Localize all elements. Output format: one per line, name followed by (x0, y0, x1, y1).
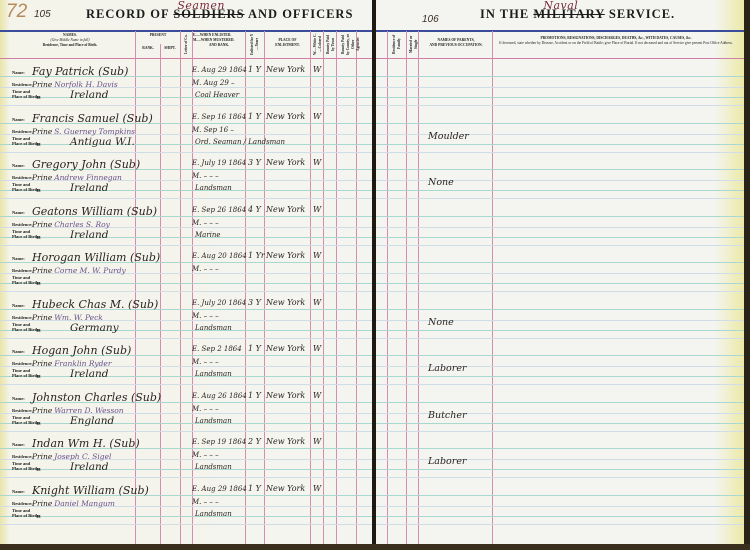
year-prefix: 18 (36, 95, 41, 100)
enlisted-date: E. Aug 20 1864 (192, 252, 247, 260)
place-of-birth: Ireland (70, 461, 108, 473)
bounty-town-column-header: Bounty Paid by Town (326, 33, 336, 55)
shipt-column-header: SHIPT. (160, 46, 180, 51)
enlisted-date: E. Sep 2 1864 (192, 345, 242, 353)
ruled-line (376, 524, 744, 525)
ruled-line (376, 506, 744, 507)
ruled-line (376, 431, 744, 432)
place-of-birth: Ireland (70, 368, 108, 380)
ruled-line (376, 384, 744, 385)
header-bottom-rule (0, 58, 373, 59)
enlisted-rank: Landsman (195, 417, 232, 425)
enlisted-rank: Landsman (195, 324, 232, 332)
ruled-line (376, 376, 744, 377)
ruled-line (376, 87, 744, 88)
enlisted-date: E. Aug 26 1864 (192, 392, 247, 400)
record-entry: Name:Gregory John (Sub)Residence:Prine A… (0, 155, 372, 201)
page-number: 72 (6, 1, 27, 23)
mustered-date: M. – – – (192, 405, 219, 413)
header-rule (0, 30, 373, 32)
mustered-date: M. – – – (192, 219, 219, 227)
name-label: Name: (12, 350, 25, 355)
mustered-date: M. – – – (192, 265, 219, 273)
residence-label: Residence: (12, 316, 33, 321)
ruled-line (376, 216, 744, 217)
parent-occupation: None (428, 177, 454, 188)
enlistment-term: 1 Y (248, 484, 261, 493)
enlisted-rank: Ord. Seaman / Landsman (195, 138, 285, 146)
enlisted-rank: Landsman (195, 463, 232, 471)
color-mark: W (313, 205, 321, 214)
mustered-date: M. – – – (192, 451, 219, 459)
place-of-enlistment: New York (266, 344, 305, 353)
place-of-enlistment: New York (266, 391, 305, 400)
parent-occupation: Moulder (428, 131, 469, 142)
enlistment-term: 4 Y (248, 205, 261, 214)
ruled-line (376, 477, 744, 478)
record-entry: Name:Geatons William (Sub)Residence:Prin… (0, 202, 372, 248)
recruit-name: Hogan John (Sub) (32, 344, 131, 357)
names-column-header: NAMES. (Give Middle Name in full) Reside… (10, 33, 130, 48)
enlistment-term: 1 Y (248, 391, 261, 400)
family-column-header: Residence of Family (392, 33, 402, 55)
ruled-line (376, 355, 744, 356)
ruled-line (376, 330, 744, 331)
color-mark: W (313, 437, 321, 446)
mustered-date: M. Sep 16 – (192, 126, 234, 134)
recruit-name: Fay Patrick (Sub) (32, 65, 128, 78)
ruled-line (376, 516, 744, 517)
record-entry: Name:Johnston Charles (Sub)Residence:Pri… (0, 388, 372, 434)
place-of-enlistment: New York (266, 158, 305, 167)
name-label: Name: (12, 397, 25, 402)
ruled-line (376, 309, 744, 310)
place-of-birth: Antigua W.I. (70, 136, 135, 148)
mustered-date: M. – – – (192, 312, 219, 320)
ruled-line (376, 448, 744, 449)
color-column-header: W.—White C.—Colored (313, 33, 323, 55)
enlistment-term: 1 Y (248, 65, 261, 74)
folio-number-right: 106 (422, 14, 439, 25)
ruled-line (376, 144, 744, 145)
enlisted-rank: Landsman (195, 510, 232, 518)
ruled-line (376, 152, 744, 153)
ruled-line (376, 262, 744, 263)
color-mark: W (313, 112, 321, 121)
ruled-line (376, 338, 744, 339)
record-entry: Name:Hubeck Chas M. (Sub)Residence:Prine… (0, 295, 372, 341)
record-entry: Name:Hogan John (Sub)Residence:Prine Fra… (0, 341, 372, 387)
residence: Prine Wm. W. Peck (32, 313, 103, 322)
enlisted-date: E. Aug 29 1864 (192, 66, 247, 74)
place-of-birth: Ireland (70, 89, 108, 101)
mustered-date: M. Aug 29 – (192, 79, 235, 87)
place-of-enlistment: New York (266, 65, 305, 74)
color-mark: W (313, 298, 321, 307)
parent-occupation: Laborer (428, 456, 466, 467)
color-mark: W (313, 391, 321, 400)
enlistment-term: 1 Y (248, 112, 261, 121)
residence-label: Residence: (12, 409, 33, 414)
residence: Prine Corne M. W. Purdy (32, 266, 126, 275)
color-mark: W (313, 158, 321, 167)
enlisted-date: E. Sep 26 1864 (192, 206, 246, 214)
color-mark: W (313, 65, 321, 74)
place-of-enlistment: New York (266, 205, 305, 214)
letter-column-header: Letter of Co. (184, 33, 189, 55)
ruled-line (376, 198, 744, 199)
parents-column-header: NAMES OF PARENTS, AND PREVIOUS OCCUPATIO… (420, 38, 492, 48)
enlisted-rank: Landsman (195, 184, 232, 192)
residence: Prine Norfolk H. Davis (32, 80, 118, 89)
enlisted-date: E. Sep 19 1864 (192, 438, 246, 446)
place-of-enlistment: New York (266, 298, 305, 307)
recruit-name: Francis Samuel (Sub) (32, 112, 153, 125)
name-label: Name: (12, 443, 25, 448)
right-ledger-page: 106 IN THE Naval MILITARY SERVICE. Resid… (376, 0, 744, 546)
recruit-name: Indan Wm H. (Sub) (32, 437, 140, 450)
present-column-header: PRESENT (136, 33, 180, 38)
title-correction-right: Naval (543, 0, 578, 12)
enlisted-rank: Coal Heaver (195, 91, 239, 99)
header-bottom-rule-right (376, 58, 744, 59)
parent-occupation: Butcher (428, 410, 467, 421)
title-correction: Seamen (177, 0, 225, 12)
place-of-enlistment: New York (266, 437, 305, 446)
place-of-birth: Ireland (70, 229, 108, 241)
ruled-line (376, 291, 744, 292)
header-rule-right (376, 30, 744, 32)
color-mark: W (313, 251, 321, 260)
ruled-line (376, 273, 744, 274)
enlistment-term: 3 Y (248, 298, 261, 307)
place-of-birth: Germany (70, 322, 119, 334)
enlisted-column-header: E.—WHEN ENLISTED. M.—WHEN MUSTERED. AND … (193, 33, 245, 48)
enlisted-date: E. July 20 1864 (192, 299, 246, 307)
ruled-line (376, 76, 744, 77)
record-entry: Name:Horogan William (Sub)Residence:Prin… (0, 248, 372, 294)
name-label: Name: (12, 164, 25, 169)
residence-label: Residence: (12, 455, 33, 460)
enlisted-rank: Marine (195, 231, 221, 239)
recruit-name: Gregory John (Sub) (32, 158, 140, 171)
enlistment-term: 2 Y (248, 437, 261, 446)
place-of-enlistment: New York (266, 112, 305, 121)
residence: Prine Daniel Mangum (32, 499, 115, 508)
enlistment-term: 1 Y (248, 344, 261, 353)
ruled-line (376, 169, 744, 170)
enlisted-date: E. Sep 16 1864 (192, 113, 246, 121)
promotions-column-header: PROMOTIONS, RESIGNATIONS, DISCHARGES, DE… (496, 36, 736, 46)
left-ledger-page: 72 105 RECORD OF Seamen SOLDIERS AND OFF… (0, 0, 373, 546)
ruled-line (376, 190, 744, 191)
rank-column-header: RANK. (136, 46, 160, 51)
recruit-name: Knight William (Sub) (32, 484, 149, 497)
page-bottom-edge (0, 544, 750, 550)
place-of-birth: England (70, 415, 114, 427)
residence: Prine Franklin Ryder (32, 359, 111, 368)
name-label: Name: (12, 211, 25, 216)
year-prefix: 18 (36, 374, 41, 379)
ruled-line (376, 97, 744, 98)
residence: Prine Joseph C. Sigel (32, 452, 111, 461)
mustered-date: M. – – – (192, 358, 219, 366)
residence-label: Residence: (12, 223, 33, 228)
ruled-line (376, 402, 744, 403)
year-prefix: 18 (36, 281, 41, 286)
recruit-name: Hubeck Chas M. (Sub) (32, 298, 158, 311)
enlisted-rank: Landsman (195, 370, 232, 378)
name-label: Name: (12, 304, 25, 309)
record-entry: Name:Francis Samuel (Sub)Residence:Prine… (0, 109, 372, 155)
year-prefix: 18 (36, 235, 41, 240)
record-entry: Name:Fay Patrick (Sub)Residence:Prine No… (0, 62, 372, 108)
residence-label: Residence: (12, 502, 33, 507)
name-label: Name: (12, 71, 25, 76)
color-mark: W (313, 344, 321, 353)
year-prefix: 18 (36, 514, 41, 519)
ruled-line (376, 123, 744, 124)
recruit-name: Johnston Charles (Sub) (32, 391, 161, 404)
year-prefix: 18 (36, 328, 41, 333)
residence-label: Residence: (12, 176, 33, 181)
place-column-header: PLACE OF ENLISTMENT. (265, 38, 310, 48)
year-prefix: 18 (36, 188, 41, 193)
year-prefix: 18 (36, 467, 41, 472)
recruit-name: Horogan William (Sub) (32, 251, 160, 264)
mustered-date: M. – – – (192, 498, 219, 506)
parent-occupation: Laborer (428, 363, 466, 374)
enlisted-for-column-header: Enlisted for Y—Years (250, 33, 260, 55)
residence-label: Residence: (12, 362, 33, 367)
residence: Prine Warren D. Wesson (32, 406, 124, 415)
ruled-line (376, 495, 744, 496)
name-label: Name: (12, 118, 25, 123)
place-of-enlistment: New York (266, 251, 305, 260)
place-of-birth: Ireland (70, 182, 108, 194)
ruled-line (376, 245, 744, 246)
enlistment-term: 3 Y (248, 158, 261, 167)
right-title: IN THE Naval MILITARY SERVICE. (480, 7, 675, 22)
ruled-line (376, 423, 744, 424)
residence-label: Residence: (12, 130, 33, 135)
enlisted-date: E. Aug 29 1864 (192, 485, 247, 493)
year-prefix: 18 (36, 142, 41, 147)
ruled-line (376, 237, 744, 238)
residence-label: Residence: (12, 83, 33, 88)
married-column-header: Married or Single (409, 33, 419, 55)
ruled-line (376, 283, 744, 284)
name-label: Name: (12, 490, 25, 495)
recruit-name: Geatons William (Sub) (32, 205, 157, 218)
left-title: RECORD OF Seamen SOLDIERS AND OFFICERS (86, 7, 353, 22)
place-of-enlistment: New York (266, 484, 305, 493)
enlisted-date: E. July 19 1864 (192, 159, 246, 167)
residence: Prine S. Guerney Tompkins (32, 127, 135, 136)
residence: Prine Charles S. Roy (32, 220, 110, 229)
color-mark: W (313, 484, 321, 493)
record-entry: Name:Knight William (Sub)Residence:Prine… (0, 481, 372, 527)
bounty-county-column-header: Bounty Paid by County, or Other Agencies (341, 33, 361, 55)
ruled-line (376, 105, 744, 106)
residence: Prine Andrew Finnegan (32, 173, 122, 182)
parent-occupation: None (428, 317, 454, 328)
year-prefix: 18 (36, 421, 41, 426)
folio-number: 105 (34, 9, 51, 20)
record-entry: Name:Indan Wm H. (Sub)Residence:Prine Jo… (0, 434, 372, 480)
name-label: Name: (12, 257, 25, 262)
ruled-line (376, 227, 744, 228)
ruled-line (376, 469, 744, 470)
enlistment-term: 1 Yr (248, 251, 265, 260)
residence-label: Residence: (12, 269, 33, 274)
mustered-date: M. – – – (192, 172, 219, 180)
